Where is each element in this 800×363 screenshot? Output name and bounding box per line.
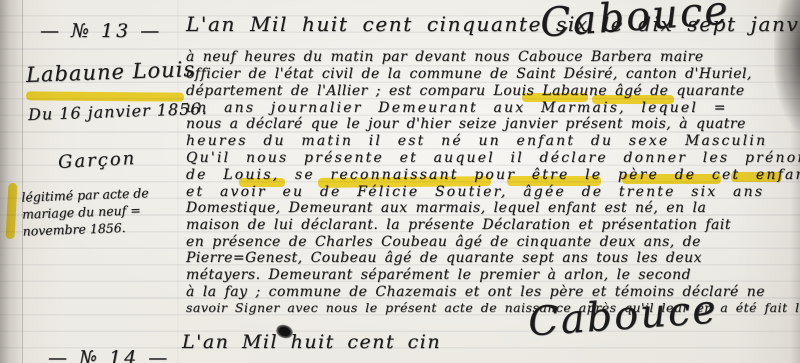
margin-legitimation-note: légitimé par acte de mariage du neuf = n… bbox=[21, 183, 173, 239]
act-line: officier de l'état civil de la commune d… bbox=[186, 66, 752, 82]
margin-crease bbox=[177, 0, 179, 363]
next-act-opening: L'an Mil huit cent cin bbox=[182, 331, 441, 353]
scanned-register-page: — № 13 — Labaune Louis Du 16 janvier 185… bbox=[0, 0, 800, 363]
page-edge-line bbox=[22, 0, 23, 363]
page-left-edge-shadow bbox=[0, 0, 24, 363]
act-line: nous a déclaré que le jour d'hier seize … bbox=[186, 116, 746, 132]
act-line: métayers. Demeurant séparément le premie… bbox=[186, 267, 691, 283]
act-line: Domestique, Demeurant aux marmais, leque… bbox=[186, 200, 706, 216]
act-line: Pierre=Genest, Coubeau âgé de quarante s… bbox=[186, 250, 702, 266]
act-line: Qu'il nous présente et auquel il déclare… bbox=[186, 150, 800, 166]
act-line: à neuf heures du matin par devant nous C… bbox=[186, 49, 704, 65]
act-line: département de l'Allier ; est comparu Lo… bbox=[186, 83, 745, 99]
next-record-number: — № 14 — bbox=[48, 347, 170, 363]
margin-sex: Garçon bbox=[58, 148, 137, 173]
act-line: à la fay ; commune de Chazemais et ont l… bbox=[186, 284, 765, 300]
act-line: et avoir eu de Félicie Soutier, âgée de … bbox=[186, 184, 764, 200]
act-line: maison de lui déclarant. la présente Déc… bbox=[186, 217, 731, 233]
act-line: heures du matin il est né un enfant du s… bbox=[186, 133, 767, 149]
act-line: de Louis, se reconnaissant pour être le … bbox=[186, 167, 800, 183]
act-line: un ans journalier Demeurant aux Marmais,… bbox=[186, 100, 728, 116]
margin-name: Labaune Louis bbox=[26, 57, 196, 87]
act-line: L'an Mil huit cent cinquante six le dix … bbox=[186, 16, 800, 32]
record-number: — № 13 — bbox=[40, 20, 162, 42]
act-line: savoir Signer avec nous le présent acte … bbox=[186, 300, 800, 316]
act-line: en présence de Charles Coubeau âgé de ci… bbox=[186, 234, 701, 250]
margin-date: Du 16 janvier 1856. bbox=[28, 99, 208, 124]
